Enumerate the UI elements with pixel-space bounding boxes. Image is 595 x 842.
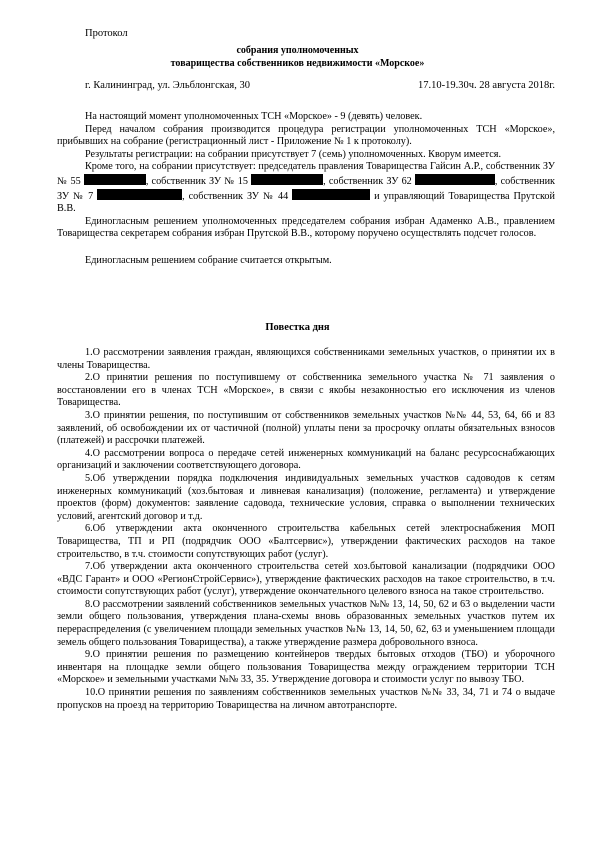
intro-paragraph-4: Кроме того, на собрании присутствует: пр…: [57, 161, 555, 215]
meeting-place: г. Калининград, ул. Эльблонгская, 30: [85, 80, 250, 91]
intro-paragraph-5: Единогласным решением уполномоченных пре…: [57, 216, 555, 241]
redacted-box: [97, 189, 182, 200]
doc-type: Протокол: [85, 28, 128, 39]
agenda-item: 10.О принятии решения по заявлениям собс…: [57, 687, 555, 712]
attendees-text-b: , собственник ЗУ № 15: [146, 176, 251, 187]
intro-paragraph-6: Единогласным решением собрание считается…: [57, 255, 555, 268]
agenda-item: 7.Об утверждении акта оконченного строит…: [57, 561, 555, 599]
redacted-box: [292, 189, 370, 200]
agenda-item: 3.О принятии решения, по поступившим от …: [57, 410, 555, 448]
agenda-item: 8.О рассмотрении заявлений собственников…: [57, 599, 555, 649]
agenda-item: 6.Об утверждении акта оконченного строит…: [57, 523, 555, 561]
agenda-list: 1.О рассмотрении заявления граждан, явля…: [57, 347, 555, 712]
redacted-box: [415, 174, 495, 185]
doc-title-line2: товарищества собственников недвижимости …: [0, 57, 595, 70]
intro-paragraph-3: Результаты регистрации: на собрании прис…: [57, 149, 555, 162]
doc-title-line1: собрания уполномоченных: [0, 44, 595, 57]
redacted-box: [84, 174, 146, 185]
intro-paragraph-2: Перед началом собрания производится проц…: [57, 124, 555, 149]
agenda-item: 4.О рассмотрении вопроса о передаче сете…: [57, 448, 555, 473]
doc-title: собрания уполномоченных товарищества соб…: [0, 44, 595, 70]
agenda-title: Повестка дня: [0, 322, 595, 333]
attendees-text-e: , собственник ЗУ № 44: [182, 191, 292, 202]
attendees-text-c: , собственник ЗУ 62: [323, 176, 415, 187]
agenda-item: 1.О рассмотрении заявления граждан, явля…: [57, 347, 555, 372]
intro-paragraph-1: На настоящий момент уполномоченных ТСН «…: [57, 111, 555, 124]
agenda-item: 2.О принятии решения по поступившему от …: [57, 372, 555, 410]
agenda-item: 9.О принятии решения по размещению конте…: [57, 649, 555, 687]
redacted-box: [251, 174, 323, 185]
intro-section: На настоящий момент уполномоченных ТСН «…: [57, 111, 555, 268]
agenda-item: 5.Об утверждении порядка подключения инд…: [57, 473, 555, 523]
meeting-datetime: 17.10-19.30ч. 28 августа 2018г.: [418, 80, 555, 91]
